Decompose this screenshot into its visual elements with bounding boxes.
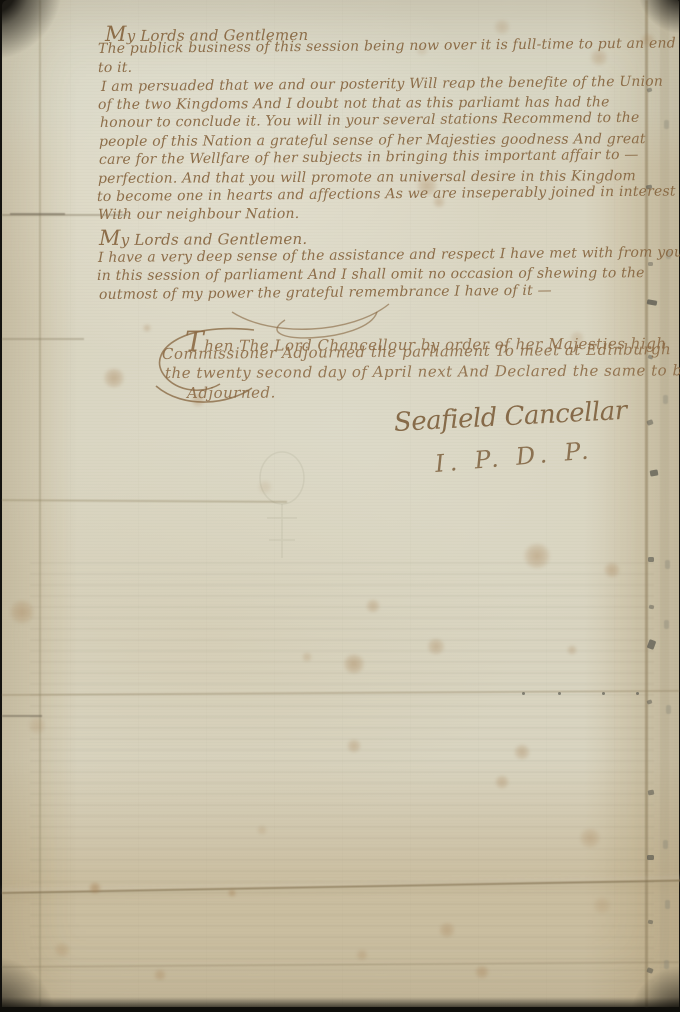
fold-crease-h6 [2,961,679,967]
ghost-mark [663,840,668,849]
stitch-mark [648,920,654,925]
stitch-mark [646,967,653,974]
stain [493,19,511,34]
stitch-mark [647,639,657,650]
stain [426,638,446,655]
stain [346,739,362,753]
signature: Seafield Cancellar [393,396,627,438]
stitch-mark [649,605,655,610]
fold-dash-mark [2,715,42,717]
fold-dot [602,692,605,695]
stitch-mark [648,262,653,266]
stain [8,600,36,624]
stain [301,652,313,662]
manuscript-line: to it. [98,60,132,76]
ghost-mark [665,560,670,569]
stain [578,828,602,848]
stitch-mark [647,299,658,306]
adjournment-line: the twenty second day of April next And … [165,361,680,382]
ghost-mark [664,960,669,969]
ghost-mark [663,395,668,404]
stain [474,965,490,979]
manuscript-line: My Lords and Gentlemen. [99,225,307,250]
stitch-mark [647,855,654,860]
stain [513,744,531,759]
stain [522,543,552,569]
fold-dot [636,692,639,695]
stain [257,480,273,494]
stain [342,654,366,674]
manuscript-line: I am persuaded that we and our posterity… [101,74,663,95]
manuscript-line: With our neighbour Nation. [98,206,299,223]
manuscript-line: care for the Wellfare of her subjects in… [99,147,639,168]
ghost-mark [664,120,669,129]
watermark [245,448,319,570]
fold-dot [558,692,561,695]
stain [603,562,621,577]
fold-dot [522,692,525,695]
fold-crease-h4 [2,690,679,696]
document-photo: My Lords and Gentlemen The publick busin… [0,0,680,1012]
fold-dash-mark [10,213,65,215]
stain [142,324,152,333]
fold-crease-h3 [2,499,287,502]
fold-crease-h5 [2,879,680,894]
stain [566,645,578,655]
stitch-mark [650,469,659,476]
adjournment-line: Adjourned. [187,384,276,402]
binding-crease-shadow [660,0,669,1007]
fold-crease-h2 [2,338,84,340]
verso-ghost-writing [30,558,654,982]
stain [53,942,71,957]
stitch-mark [646,699,652,704]
adjournment-line: Commissioner Adjourned the parliament To… [162,340,671,363]
stain [153,969,167,981]
stain [227,889,237,898]
stitch-mark [646,419,653,426]
stain [438,922,456,937]
manuscript-line: honour to conclude it. You will in your … [100,110,640,131]
manuscript-page: My Lords and Gentlemen The publick busin… [2,0,679,1007]
stain [494,775,510,789]
stain [88,882,102,894]
signature-initials: I. P. D. P. [434,436,595,478]
manuscript-line: in this session of parliament And I shal… [97,265,645,284]
ghost-mark [665,900,670,909]
stain [365,599,381,613]
stitch-mark [648,790,655,796]
stain [355,949,369,961]
ghost-mark [664,620,669,629]
ghost-mark [666,705,671,714]
manuscript-line: outmost of my power the grateful remembr… [99,283,552,303]
stain [27,717,47,734]
fold-crease-vertical-left [39,0,41,1007]
stain [256,825,268,835]
manuscript-line: to become one in hearts and affections A… [97,183,676,205]
stitch-mark [648,557,654,562]
stain [102,368,126,388]
stain [592,897,612,914]
binding-crease-vertical-right [645,0,648,1007]
